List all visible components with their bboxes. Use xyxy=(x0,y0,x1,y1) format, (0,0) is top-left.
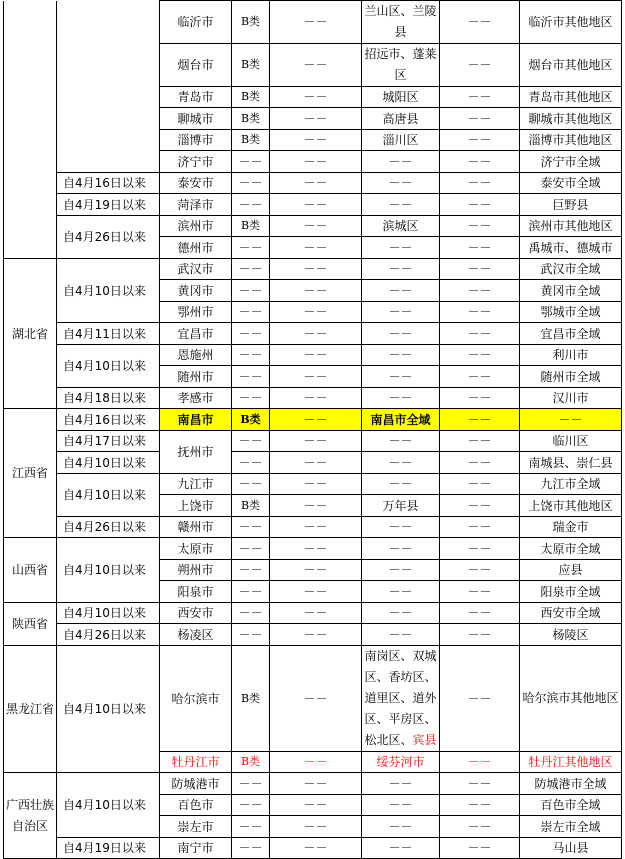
dash-cell: －－ xyxy=(270,773,362,795)
table-row: 黑龙江省 自4月10日以来 哈尔滨市 B类 －－ 南岗区、双城区、香坊区、道里区… xyxy=(4,646,622,752)
table-row: 自4月10日以来 －－ －－ －－ －－ 南城县、崇仁县 xyxy=(4,452,622,474)
mid-risk-cell: －－ xyxy=(362,773,440,795)
class-cell: －－ xyxy=(232,388,270,409)
low-risk-cell: 烟台市其他地区 xyxy=(520,44,622,87)
class-cell: B类 xyxy=(232,752,270,773)
table-row: 临沂市 B类 －－ 兰山区、兰陵县 －－ 临沂市其他地区 xyxy=(4,1,622,44)
class-cell: －－ xyxy=(232,538,270,560)
dash-cell: －－ xyxy=(270,216,362,237)
table-row: 自4月18日以来 孝感市 －－ －－ －－ －－ 汉川市 xyxy=(4,388,622,409)
dash-cell: －－ xyxy=(440,431,520,452)
date-cell: 自4月11日以来 xyxy=(57,323,160,345)
dash-cell: －－ xyxy=(440,538,520,560)
province-cell xyxy=(4,1,57,259)
mid-risk-cell: －－ xyxy=(362,581,440,603)
low-risk-cell: 哈尔滨市其他地区 xyxy=(520,646,622,752)
city-cell: 九江市 xyxy=(160,474,232,495)
dash-cell: －－ xyxy=(440,560,520,581)
mid-risk-cell: 招远市、蓬莱区 xyxy=(362,44,440,87)
dash-cell: －－ xyxy=(270,581,362,603)
province-cell: 江西省 xyxy=(4,409,57,538)
city-cell: 武汉市 xyxy=(160,259,232,280)
city-cell: 上饶市 xyxy=(160,495,232,517)
class-cell: －－ xyxy=(232,151,270,173)
mid-risk-cell: －－ xyxy=(362,431,440,452)
low-risk-cell: 防城港市全域 xyxy=(520,773,622,795)
mid-risk-cell: －－ xyxy=(362,237,440,259)
city-cell: 济宁市 xyxy=(160,151,232,173)
low-risk-cell: 西安市全域 xyxy=(520,603,622,624)
mid-risk-cell: －－ xyxy=(362,302,440,323)
city-cell: 泰安市 xyxy=(160,173,232,194)
dash-cell: －－ xyxy=(440,173,520,194)
mid-risk-cell: －－ xyxy=(362,366,440,388)
risk-area-table: 临沂市 B类 －－ 兰山区、兰陵县 －－ 临沂市其他地区 烟台市 B类 －－ 招… xyxy=(3,0,622,859)
dash-cell: －－ xyxy=(270,194,362,216)
class-cell: －－ xyxy=(232,366,270,388)
city-cell: 青岛市 xyxy=(160,87,232,108)
date-cell: 自4月26日以来 xyxy=(57,517,160,538)
city-cell: 烟台市 xyxy=(160,44,232,87)
mid-risk-cell: －－ xyxy=(362,388,440,409)
dash-cell: －－ xyxy=(440,345,520,366)
low-risk-cell: 禹城市、德城市 xyxy=(520,237,622,259)
table-row: 自4月26日以来 杨凌区 －－ －－ －－ －－ 杨陵区 xyxy=(4,624,622,646)
low-risk-cell: 临沂市其他地区 xyxy=(520,1,622,44)
dash-cell: －－ xyxy=(270,409,362,431)
class-cell: －－ xyxy=(232,517,270,538)
city-cell: 赣州市 xyxy=(160,517,232,538)
mid-risk-cell: －－ xyxy=(362,624,440,646)
class-cell: B类 xyxy=(232,216,270,237)
dash-cell: －－ xyxy=(440,646,520,752)
class-cell: －－ xyxy=(232,237,270,259)
dash-cell: －－ xyxy=(270,388,362,409)
table-row: 自4月19日以来 南宁市 －－ －－ －－ －－ 马山县 xyxy=(4,838,622,859)
dash-cell: －－ xyxy=(270,366,362,388)
low-risk-cell: －－ xyxy=(520,409,622,431)
table-row: 自4月19日以来 菏泽市 －－ －－ －－ －－ 巨野县 xyxy=(4,194,622,216)
dash-cell: －－ xyxy=(440,366,520,388)
date-cell: 自4月17日以来 xyxy=(57,431,160,452)
dash-cell: －－ xyxy=(440,816,520,838)
dash-cell: －－ xyxy=(270,302,362,323)
city-cell: 菏泽市 xyxy=(160,194,232,216)
province-cell: 陕西省 xyxy=(4,603,57,646)
low-risk-cell: 马山县 xyxy=(520,838,622,859)
mid-risk-cell: －－ xyxy=(362,173,440,194)
low-risk-cell: 杨陵区 xyxy=(520,624,622,646)
low-risk-cell: 百色市全域 xyxy=(520,795,622,816)
dash-cell: －－ xyxy=(440,795,520,816)
province-cell: 广西壮族自治区 xyxy=(4,773,57,859)
class-cell: －－ xyxy=(232,194,270,216)
date-cell: 自4月10日以来 xyxy=(57,773,160,838)
dash-cell: －－ xyxy=(270,130,362,151)
class-cell: －－ xyxy=(232,773,270,795)
class-cell: B类 xyxy=(232,646,270,752)
mid-risk-cell: －－ xyxy=(362,816,440,838)
mid-risk-cell: －－ xyxy=(362,838,440,859)
dash-cell: －－ xyxy=(440,474,520,495)
dash-cell: －－ xyxy=(270,646,362,752)
mid-risk-cell: 城阳区 xyxy=(362,87,440,108)
dash-cell: －－ xyxy=(270,603,362,624)
low-risk-cell: 淄博市其他地区 xyxy=(520,130,622,151)
class-cell: －－ xyxy=(232,452,270,474)
low-risk-cell: 瑞金市 xyxy=(520,517,622,538)
class-cell: －－ xyxy=(232,560,270,581)
city-cell: 西安市 xyxy=(160,603,232,624)
dash-cell: －－ xyxy=(270,1,362,44)
table-row: 自4月11日以来 宜昌市 －－ －－ －－ －－ 宜昌市全域 xyxy=(4,323,622,345)
dash-cell: －－ xyxy=(440,44,520,87)
low-risk-cell: 随州市全域 xyxy=(520,366,622,388)
dash-cell: －－ xyxy=(440,773,520,795)
city-cell: 滨州市 xyxy=(160,216,232,237)
low-risk-cell: 崇左市全域 xyxy=(520,816,622,838)
class-cell: B类 xyxy=(232,87,270,108)
mid-risk-cell: －－ xyxy=(362,323,440,345)
date-cell: 自4月19日以来 xyxy=(57,194,160,216)
date-cell: 自4月10日以来 xyxy=(57,452,160,474)
date-cell: 自4月16日以来 xyxy=(57,409,160,431)
class-cell: －－ xyxy=(232,603,270,624)
class-cell: －－ xyxy=(232,624,270,646)
dash-cell: －－ xyxy=(270,624,362,646)
dash-cell: －－ xyxy=(440,194,520,216)
mid-risk-cell: －－ xyxy=(362,345,440,366)
low-risk-cell: 青岛市其他地区 xyxy=(520,87,622,108)
city-cell: 太原市 xyxy=(160,538,232,560)
class-cell: －－ xyxy=(232,431,270,452)
low-risk-cell: 滨州市其他地区 xyxy=(520,216,622,237)
city-cell: 阳泉市 xyxy=(160,581,232,603)
table-row: 自4月16日以来 泰安市 －－ －－ －－ －－ 泰安市全域 xyxy=(4,173,622,194)
dash-cell: －－ xyxy=(440,603,520,624)
city-cell: 聊城市 xyxy=(160,108,232,130)
low-risk-cell: 武汉市全域 xyxy=(520,259,622,280)
dash-cell: －－ xyxy=(270,816,362,838)
dash-cell: －－ xyxy=(270,151,362,173)
low-risk-cell: 黄冈市全域 xyxy=(520,280,622,302)
low-risk-cell: 上饶市其他地区 xyxy=(520,495,622,517)
dash-cell: －－ xyxy=(270,838,362,859)
class-cell: －－ xyxy=(232,173,270,194)
mid-risk-text-red: 宾县 xyxy=(413,733,437,747)
date-cell: 自4月26日以来 xyxy=(57,624,160,646)
mid-risk-cell: －－ xyxy=(362,194,440,216)
province-cell: 山西省 xyxy=(4,538,57,603)
mid-risk-cell: －－ xyxy=(362,517,440,538)
dash-cell: －－ xyxy=(270,752,362,773)
low-risk-cell: 南城县、崇仁县 xyxy=(520,452,622,474)
city-cell: 哈尔滨市 xyxy=(160,646,232,752)
mid-risk-cell: －－ xyxy=(362,259,440,280)
low-risk-cell: 九江市全域 xyxy=(520,474,622,495)
city-cell: 南宁市 xyxy=(160,838,232,859)
low-risk-cell: 鄂城市全域 xyxy=(520,302,622,323)
date-cell: 自4月10日以来 xyxy=(57,538,160,603)
dash-cell: －－ xyxy=(440,752,520,773)
city-cell: 鄂州市 xyxy=(160,302,232,323)
mid-risk-cell: 绥芬河市 xyxy=(362,752,440,773)
city-cell: 恩施州 xyxy=(160,345,232,366)
low-risk-cell: 利川市 xyxy=(520,345,622,366)
city-cell: 朔州市 xyxy=(160,560,232,581)
table-row: 自4月26日以来 滨州市 B类 －－ 滨城区 －－ 滨州市其他地区 xyxy=(4,216,622,237)
city-cell: 崇左市 xyxy=(160,816,232,838)
date-cell: 自4月18日以来 xyxy=(57,388,160,409)
city-cell: 随州市 xyxy=(160,366,232,388)
low-risk-cell: 临川区 xyxy=(520,431,622,452)
low-risk-cell: 宜昌市全域 xyxy=(520,323,622,345)
dash-cell: －－ xyxy=(440,216,520,237)
table-row-highlighted: 江西省 自4月16日以来 南昌市 B类 －－ 南昌市全域 －－ －－ xyxy=(4,409,622,431)
mid-risk-cell: 南昌市全域 xyxy=(362,409,440,431)
dash-cell: －－ xyxy=(440,130,520,151)
class-cell: －－ xyxy=(232,302,270,323)
mid-risk-cell: －－ xyxy=(362,474,440,495)
class-cell: －－ xyxy=(232,474,270,495)
dash-cell: －－ xyxy=(270,44,362,87)
class-cell: －－ xyxy=(232,323,270,345)
city-cell: 黄冈市 xyxy=(160,280,232,302)
date-cell xyxy=(57,1,160,173)
low-risk-cell: 巨野县 xyxy=(520,194,622,216)
class-cell: －－ xyxy=(232,838,270,859)
dash-cell: －－ xyxy=(440,87,520,108)
dash-cell: －－ xyxy=(440,838,520,859)
dash-cell: －－ xyxy=(270,323,362,345)
table-row: 广西壮族自治区 自4月10日以来 防城港市 －－ －－ －－ －－ 防城港市全域 xyxy=(4,773,622,795)
low-risk-cell: 应县 xyxy=(520,560,622,581)
low-risk-cell: 聊城市其他地区 xyxy=(520,108,622,130)
low-risk-cell: 太原市全域 xyxy=(520,538,622,560)
class-cell: B类 xyxy=(232,1,270,44)
mid-risk-cell: 万年县 xyxy=(362,495,440,517)
mid-risk-cell: 滨城区 xyxy=(362,216,440,237)
table-row: 自4月17日以来 抚州市 －－ －－ －－ －－ 临川区 xyxy=(4,431,622,452)
dash-cell: －－ xyxy=(270,173,362,194)
dash-cell: －－ xyxy=(270,517,362,538)
class-cell: B类 xyxy=(232,495,270,517)
dash-cell: －－ xyxy=(270,237,362,259)
city-cell: 杨凌区 xyxy=(160,624,232,646)
city-cell: 孝感市 xyxy=(160,388,232,409)
city-cell: 南昌市 xyxy=(160,409,232,431)
date-cell: 自4月10日以来 xyxy=(57,345,160,388)
dash-cell: －－ xyxy=(270,795,362,816)
low-risk-cell: 牡丹江其他地区 xyxy=(520,752,622,773)
dash-cell: －－ xyxy=(440,517,520,538)
dash-cell: －－ xyxy=(270,108,362,130)
dash-cell: －－ xyxy=(270,474,362,495)
table-row: 陕西省 自4月10日以来 西安市 －－ －－ －－ －－ 西安市全域 xyxy=(4,603,622,624)
table-row: 山西省 自4月10日以来 太原市 －－ －－ －－ －－ 太原市全域 xyxy=(4,538,622,560)
dash-cell: －－ xyxy=(440,388,520,409)
city-cell: 百色市 xyxy=(160,795,232,816)
date-cell: 自4月10日以来 xyxy=(57,259,160,323)
dash-cell: －－ xyxy=(270,87,362,108)
dash-cell: －－ xyxy=(440,409,520,431)
class-cell: B类 xyxy=(232,409,270,431)
date-cell: 自4月10日以来 xyxy=(57,474,160,517)
city-cell: 临沂市 xyxy=(160,1,232,44)
city-cell: 宜昌市 xyxy=(160,323,232,345)
mid-risk-cell: 兰山区、兰陵县 xyxy=(362,1,440,44)
mid-risk-cell: －－ xyxy=(362,452,440,474)
table-row: 湖北省 自4月10日以来 武汉市 －－ －－ －－ －－ 武汉市全域 xyxy=(4,259,622,280)
date-cell: 自4月19日以来 xyxy=(57,838,160,859)
date-cell: 自4月16日以来 xyxy=(57,173,160,194)
mid-risk-cell: －－ xyxy=(362,560,440,581)
dash-cell: －－ xyxy=(270,345,362,366)
dash-cell: －－ xyxy=(270,538,362,560)
dash-cell: －－ xyxy=(440,151,520,173)
low-risk-cell: 汉川市 xyxy=(520,388,622,409)
table-row: 自4月10日以来 恩施州 －－ －－ －－ －－ 利川市 xyxy=(4,345,622,366)
class-cell: －－ xyxy=(232,259,270,280)
class-cell: －－ xyxy=(232,345,270,366)
mid-risk-cell: －－ xyxy=(362,795,440,816)
date-cell: 自4月10日以来 xyxy=(57,603,160,624)
dash-cell: －－ xyxy=(440,1,520,44)
dash-cell: －－ xyxy=(270,452,362,474)
city-cell: 德州市 xyxy=(160,237,232,259)
city-cell: 牡丹江市 xyxy=(160,752,232,773)
city-cell: 淄博市 xyxy=(160,130,232,151)
dash-cell: －－ xyxy=(270,259,362,280)
class-cell: －－ xyxy=(232,816,270,838)
class-cell: B类 xyxy=(232,44,270,87)
class-cell: －－ xyxy=(232,280,270,302)
mid-risk-cell: －－ xyxy=(362,151,440,173)
dash-cell: －－ xyxy=(440,108,520,130)
mid-risk-cell: －－ xyxy=(362,603,440,624)
dash-cell: －－ xyxy=(440,237,520,259)
low-risk-cell: 济宁市全域 xyxy=(520,151,622,173)
dash-cell: －－ xyxy=(440,452,520,474)
table-row: 自4月26日以来 赣州市 －－ －－ －－ －－ 瑞金市 xyxy=(4,517,622,538)
dash-cell: －－ xyxy=(440,495,520,517)
low-risk-cell: 泰安市全域 xyxy=(520,173,622,194)
class-cell: －－ xyxy=(232,795,270,816)
dash-cell: －－ xyxy=(270,280,362,302)
city-cell: 抚州市 xyxy=(160,431,232,474)
dash-cell: －－ xyxy=(270,560,362,581)
mid-risk-cell: －－ xyxy=(362,538,440,560)
dash-cell: －－ xyxy=(270,495,362,517)
mid-risk-cell: －－ xyxy=(362,280,440,302)
class-cell: －－ xyxy=(232,581,270,603)
class-cell: B类 xyxy=(232,130,270,151)
mid-risk-cell: 淄川区 xyxy=(362,130,440,151)
low-risk-cell: 阳泉市全域 xyxy=(520,581,622,603)
mid-risk-cell: 高唐县 xyxy=(362,108,440,130)
date-cell: 自4月10日以来 xyxy=(57,646,160,773)
dash-cell: －－ xyxy=(440,259,520,280)
province-cell: 湖北省 xyxy=(4,259,57,409)
dash-cell: －－ xyxy=(270,431,362,452)
date-cell: 自4月26日以来 xyxy=(57,216,160,259)
dash-cell: －－ xyxy=(440,302,520,323)
province-cell: 黑龙江省 xyxy=(4,646,57,773)
table-row: 自4月10日以来 九江市 －－ －－ －－ －－ 九江市全域 xyxy=(4,474,622,495)
dash-cell: －－ xyxy=(440,323,520,345)
dash-cell: －－ xyxy=(440,624,520,646)
dash-cell: －－ xyxy=(440,581,520,603)
dash-cell: －－ xyxy=(440,280,520,302)
city-cell: 防城港市 xyxy=(160,773,232,795)
mid-risk-cell: 南岗区、双城区、香坊区、道里区、道外区、平房区、松北区、宾县 xyxy=(362,646,440,752)
class-cell: B类 xyxy=(232,108,270,130)
